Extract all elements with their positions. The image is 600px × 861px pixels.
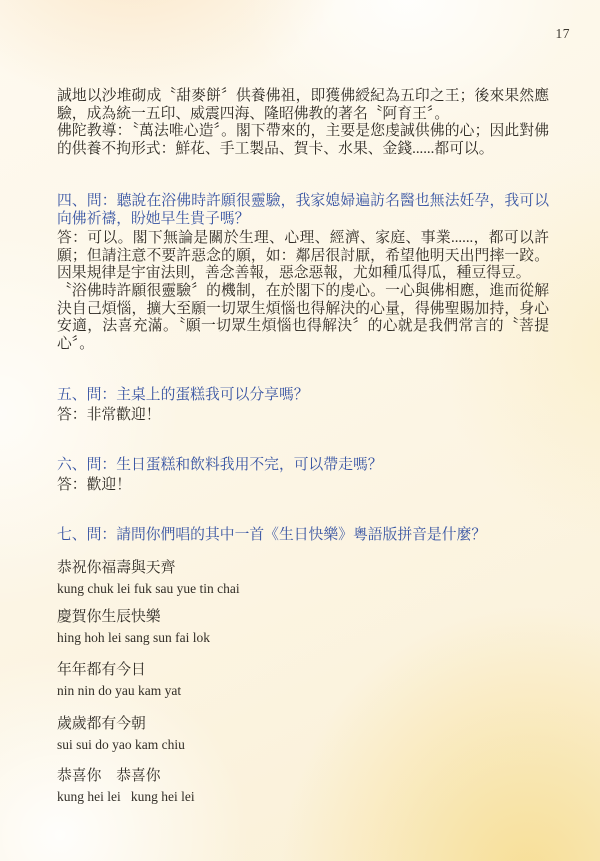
qa-section-4: 四、問：聽說在浴佛時許願很靈驗，我家媳婦遍訪名醫也無法妊孕，我可以向佛祈禱，盼她… xyxy=(57,193,549,353)
question-6: 六、問：生日蛋糕和飲料我用不完，可以帶走嗎？ xyxy=(57,457,549,475)
lyric-stanza-2: 慶賀你生辰快樂 hing hoh lei sang sun fai lok xyxy=(57,607,549,648)
lyric-line-roman: nin nin do yau kam yat xyxy=(57,680,549,701)
answer-4-paragraph-1: 答：可以。閣下無論是關於生理、心理、經濟、家庭、事業......，都可以許願；但… xyxy=(57,230,549,283)
document-page: 17 誠地以沙堆砌成〝甜麥餅〞供養佛祖，即獲佛綬紀為五印之王；後來果然應驗，成為… xyxy=(0,0,600,861)
page-number: 17 xyxy=(556,26,571,42)
qa-section-7: 七、問：請問你們唱的其中一首《生日快樂》粵語版拼音是什麼？ xyxy=(57,527,549,545)
lyric-line-roman: hing hoh lei sang sun fai lok xyxy=(57,627,549,648)
question-5: 五、問：主桌上的蛋糕我可以分享嗎？ xyxy=(57,387,549,405)
lyric-line-roman: sui sui do yao kam chiu xyxy=(57,734,549,755)
lyric-line-zh: 歲歲都有今朝 xyxy=(57,714,549,734)
answer-6: 答：歡迎！ xyxy=(57,477,549,495)
lyric-stanza-4: 歲歲都有今朝 sui sui do yao kam chiu xyxy=(57,714,549,755)
lyric-line-zh: 恭祝你福壽與天齊 xyxy=(57,558,549,578)
lyric-line-zh: 慶賀你生辰快樂 xyxy=(57,607,549,627)
answer-4-paragraph-2: 〝浴佛時許願很靈驗〞的機制，在於閣下的虔心。一心與佛相應，進而從解決自己煩惱，擴… xyxy=(57,283,549,353)
intro-paragraph-2: 佛陀教導：〝萬法唯心造〞。閣下帶來的，主要是您虔誠供佛的心；因此對佛的供養不拘形… xyxy=(57,123,549,158)
lyric-line-zh: 恭喜你 恭喜你 xyxy=(57,766,549,786)
qa-section-5: 五、問：主桌上的蛋糕我可以分享嗎？ 答：非常歡迎！ xyxy=(57,387,549,424)
lyric-line-zh: 年年都有今日 xyxy=(57,660,549,680)
lyric-line-roman: kung chuk lei fuk sau yue tin chai xyxy=(57,578,549,599)
lyric-stanza-5: 恭喜你 恭喜你 kung hei lei kung hei lei xyxy=(57,766,549,807)
intro-paragraph-1: 誠地以沙堆砌成〝甜麥餅〞供養佛祖，即獲佛綬紀為五印之王；後來果然應驗，成為統一五… xyxy=(57,88,549,123)
answer-5: 答：非常歡迎！ xyxy=(57,407,549,425)
question-4: 四、問：聽說在浴佛時許願很靈驗，我家媳婦遍訪名醫也無法妊孕，我可以向佛祈禱，盼她… xyxy=(57,193,549,228)
lyric-stanza-3: 年年都有今日 nin nin do yau kam yat xyxy=(57,660,549,701)
lyric-stanza-1: 恭祝你福壽與天齊 kung chuk lei fuk sau yue tin c… xyxy=(57,558,549,599)
lyric-line-roman: kung hei lei kung hei lei xyxy=(57,786,549,807)
question-7: 七、問：請問你們唱的其中一首《生日快樂》粵語版拼音是什麼？ xyxy=(57,527,549,545)
intro-section: 誠地以沙堆砌成〝甜麥餅〞供養佛祖，即獲佛綬紀為五印之王；後來果然應驗，成為統一五… xyxy=(57,88,549,158)
qa-section-6: 六、問：生日蛋糕和飲料我用不完，可以帶走嗎？ 答：歡迎！ xyxy=(57,457,549,494)
